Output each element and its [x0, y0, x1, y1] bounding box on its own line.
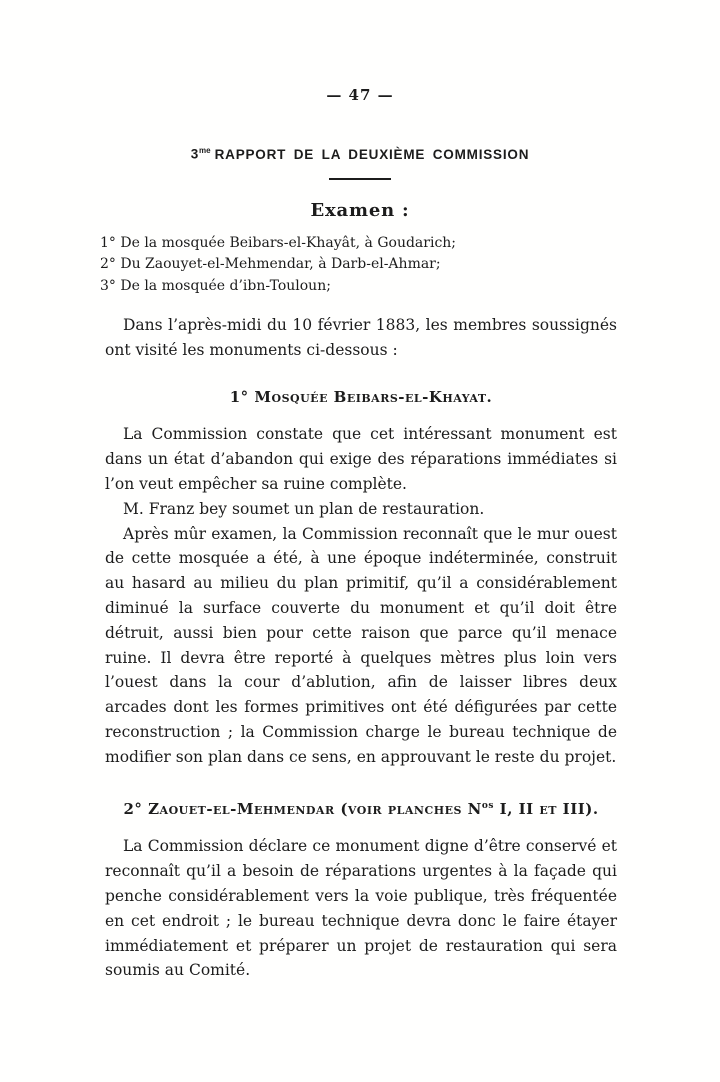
- section-2-heading-superscript: os: [482, 801, 494, 811]
- section-2-heading-text: 2° Zaouet-el-Mehmendar (voir planches N: [123, 800, 481, 818]
- report-title: 3meRAPPORT DE LA DEUXIÈME COMMISSION: [0, 146, 720, 162]
- examen-list: 1° De la mosquée Beibars-el-Khayât, à Go…: [100, 233, 720, 298]
- paragraph: La Commission déclare ce monument digne …: [105, 834, 617, 983]
- paragraph: La Commission constate que cet intéressa…: [105, 422, 617, 496]
- paragraph: Après mûr examen, la Commission reconnaî…: [105, 522, 617, 770]
- paragraph: M. Franz bey soumet un plan de restaurat…: [105, 497, 617, 522]
- report-number: 3: [191, 147, 199, 162]
- report-number-suffix: me: [199, 146, 211, 155]
- document-page: — 47 — 3meRAPPORT DE LA DEUXIÈME COMMISS…: [0, 0, 720, 1082]
- divider-rule: [329, 178, 391, 180]
- section-2-body: La Commission déclare ce monument digne …: [105, 834, 617, 983]
- list-item: 1° De la mosquée Beibars-el-Khayât, à Go…: [100, 233, 720, 255]
- intro-paragraph: Dans l’après-midi du 10 février 1883, le…: [105, 313, 617, 363]
- list-item: 2° Du Zaouyet-el-Mehmendar, à Darb-el-Ah…: [100, 254, 720, 276]
- section-1-body: La Commission constate que cet intéressa…: [105, 422, 617, 769]
- report-title-text: RAPPORT DE LA DEUXIÈME COMMISSION: [215, 147, 530, 162]
- text-column: Dans l’après-midi du 10 février 1883, le…: [105, 313, 617, 983]
- section-2-heading: 2° Zaouet-el-Mehmendar (voir planches No…: [105, 794, 617, 822]
- examen-heading: Examen :: [0, 200, 720, 221]
- page-number: — 47 —: [0, 0, 720, 104]
- section-1-heading: 1° Mosquée Beibars-el-Khayat.: [105, 385, 617, 410]
- list-item: 3° De la mosquée d’ibn-Touloun;: [100, 276, 720, 298]
- section-2-heading-suffix: I, II et III).: [494, 800, 599, 818]
